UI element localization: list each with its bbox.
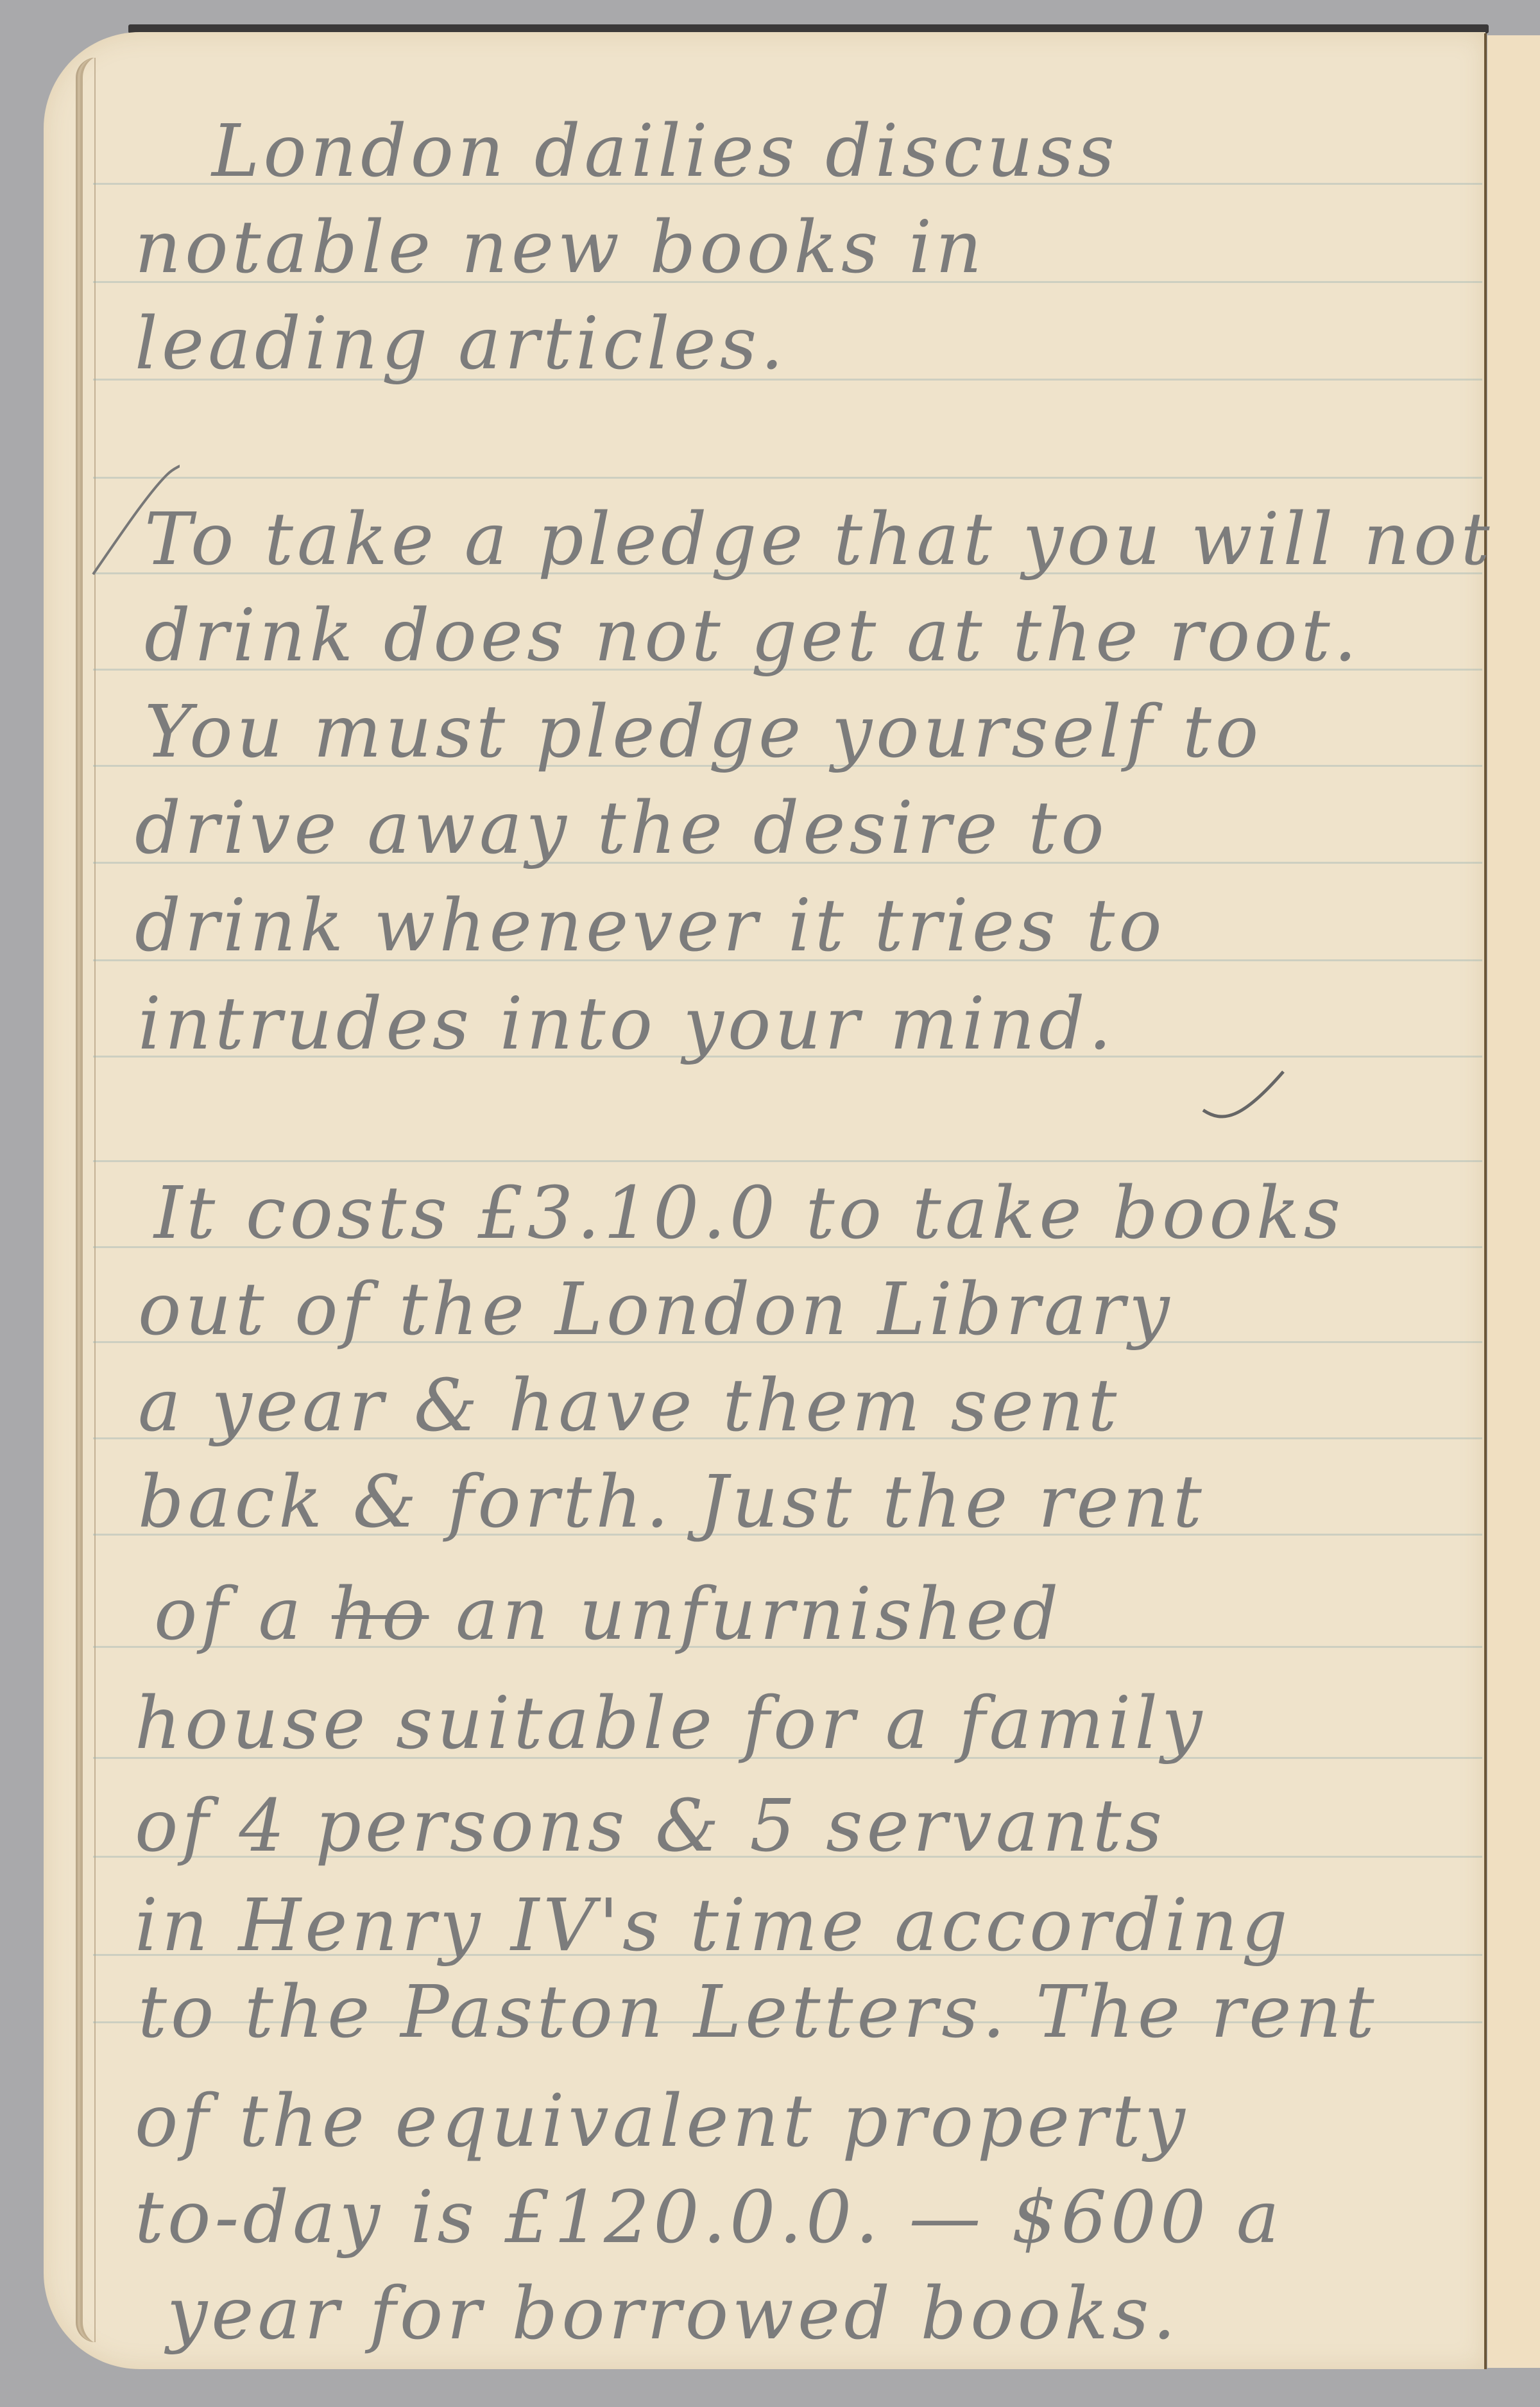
stacked-page-edges xyxy=(76,58,96,2342)
text-line: a year & have them sent xyxy=(138,1370,1120,1442)
text-line: of 4 persons & 5 servants xyxy=(135,1790,1166,1862)
ruled-line xyxy=(93,1160,1482,1162)
text-line: drink whenever it tries to xyxy=(135,890,1166,962)
text-line: to-day is £120.0.0. — $600 a xyxy=(135,2182,1283,2254)
binding-gutter xyxy=(1484,33,1487,2369)
check-mark-icon xyxy=(1197,1059,1293,1129)
text-line: London dailies discuss xyxy=(212,116,1118,187)
text-line: out of the London Library xyxy=(138,1274,1174,1346)
text-line: You must pledge yourself to xyxy=(144,696,1262,768)
facing-page xyxy=(1487,35,1540,2368)
text-fragment: of a xyxy=(154,1573,305,1656)
text-line: year for borrowed books. xyxy=(167,2278,1179,2350)
text-line: intrudes into your mind. xyxy=(138,988,1115,1060)
text-line: drink does not get at the root. xyxy=(144,600,1360,672)
text-line: to the Paston Letters. The rent xyxy=(138,1976,1378,2048)
text-line: of a ho an unfurnished xyxy=(154,1579,1062,1650)
text-line: back & forth. Just the rent xyxy=(138,1466,1206,1538)
text-line: leading articles. xyxy=(135,308,787,380)
text-line: house suitable for a family xyxy=(135,1688,1206,1760)
text-line: To take a pledge that you will not xyxy=(144,504,1493,576)
text-fragment: an unfurnished xyxy=(456,1573,1062,1656)
text-line: drive away the desire to xyxy=(135,792,1108,864)
text-line: It costs £3.10.0 to take books xyxy=(154,1178,1344,1249)
text-line: notable new books in xyxy=(135,212,986,284)
struck-text: ho xyxy=(332,1573,429,1656)
text-line: of the equivalent property xyxy=(135,2086,1189,2157)
text-line: in Henry IV's time according xyxy=(135,1890,1292,1962)
ruled-line xyxy=(93,477,1482,479)
